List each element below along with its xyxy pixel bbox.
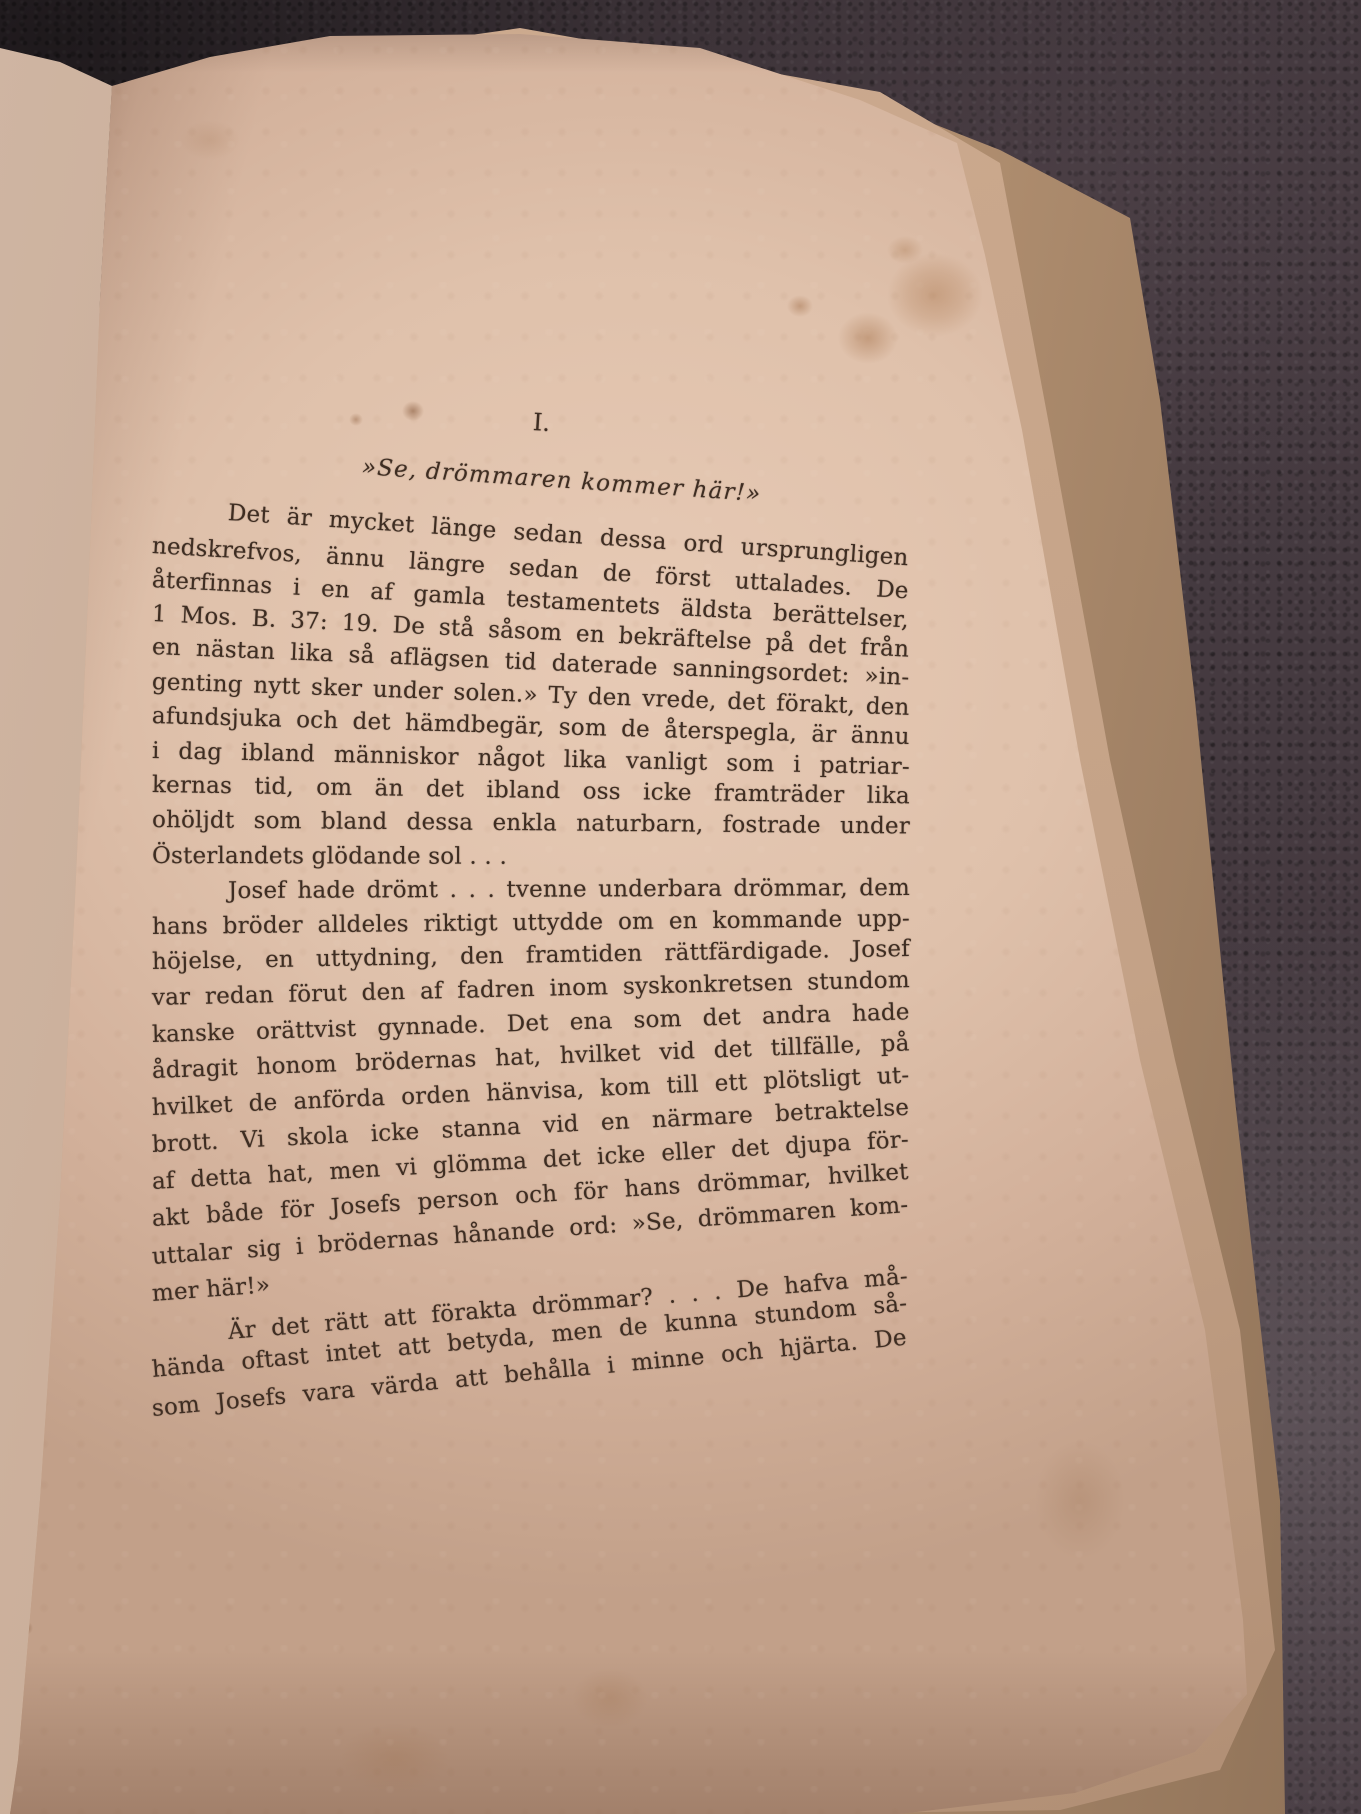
text-line: Österlandets glödande sol . . . (152, 841, 910, 873)
text-line: ohöljdt som bland dessa enkla naturbarn,… (152, 805, 910, 841)
photo-of-open-book: I. »Se, drömmaren kommer här!» Det är my… (0, 0, 1361, 1814)
chapter-heading: I. (532, 407, 551, 438)
text-line: Josef hade drömt . . . tvenne underbara … (228, 873, 910, 906)
epigraph: »Se, drömmaren kommer här!» (361, 452, 762, 509)
